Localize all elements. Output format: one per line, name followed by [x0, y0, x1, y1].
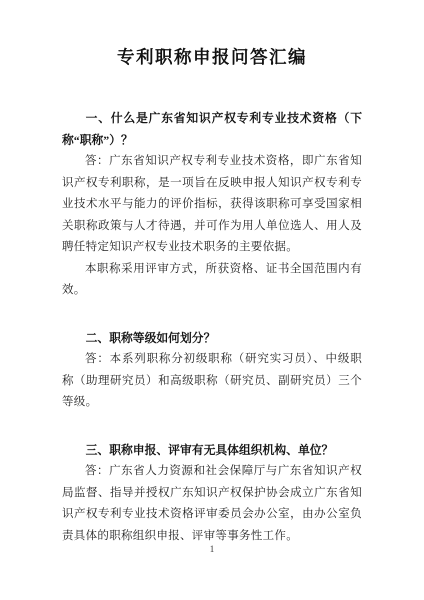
section-3-heading: 三、职称申报、评审有无具体组织机构、单位？: [62, 440, 362, 462]
section-3-paragraph-1: 答：广东省人力资源和社会保障厅与广东省知识产权局监督、指导并授权广东知识产权保护…: [62, 461, 362, 547]
section-1-paragraph-1: 答：广东省知识产权专利专业技术资格，即广东省知识产权专利职称，是一项旨在反映申报…: [62, 151, 362, 259]
section-1-paragraph-2: 本职称采用评审方式，所获资格、证书全国范围内有效。: [62, 259, 362, 302]
section-1-heading: 一、什么是广东省知识产权专利专业技术资格（下称“职称”）？: [62, 108, 362, 151]
qa-section-3: 三、职称申报、评审有无具体组织机构、单位？ 答：广东省人力资源和社会保障厅与广东…: [62, 440, 362, 548]
qa-section-2: 二、职称等级如何划分？ 答：本系列职称分初级职称（研究实习员）、中级职称（助理研…: [62, 328, 362, 414]
section-2-paragraph-1: 答：本系列职称分初级职称（研究实习员）、中级职称（助理研究员）和高级职称（研究员…: [62, 349, 362, 414]
section-2-heading: 二、职称等级如何划分？: [62, 328, 362, 350]
document-page: 专利职称申报问答汇编 一、什么是广东省知识产权专利专业技术资格（下称“职称”）？…: [0, 0, 424, 600]
page-title: 专利职称申报问答汇编: [62, 44, 362, 70]
qa-section-1: 一、什么是广东省知识产权专利专业技术资格（下称“职称”）？ 答：广东省知识产权专…: [62, 108, 362, 302]
page-number: 1: [0, 544, 424, 554]
